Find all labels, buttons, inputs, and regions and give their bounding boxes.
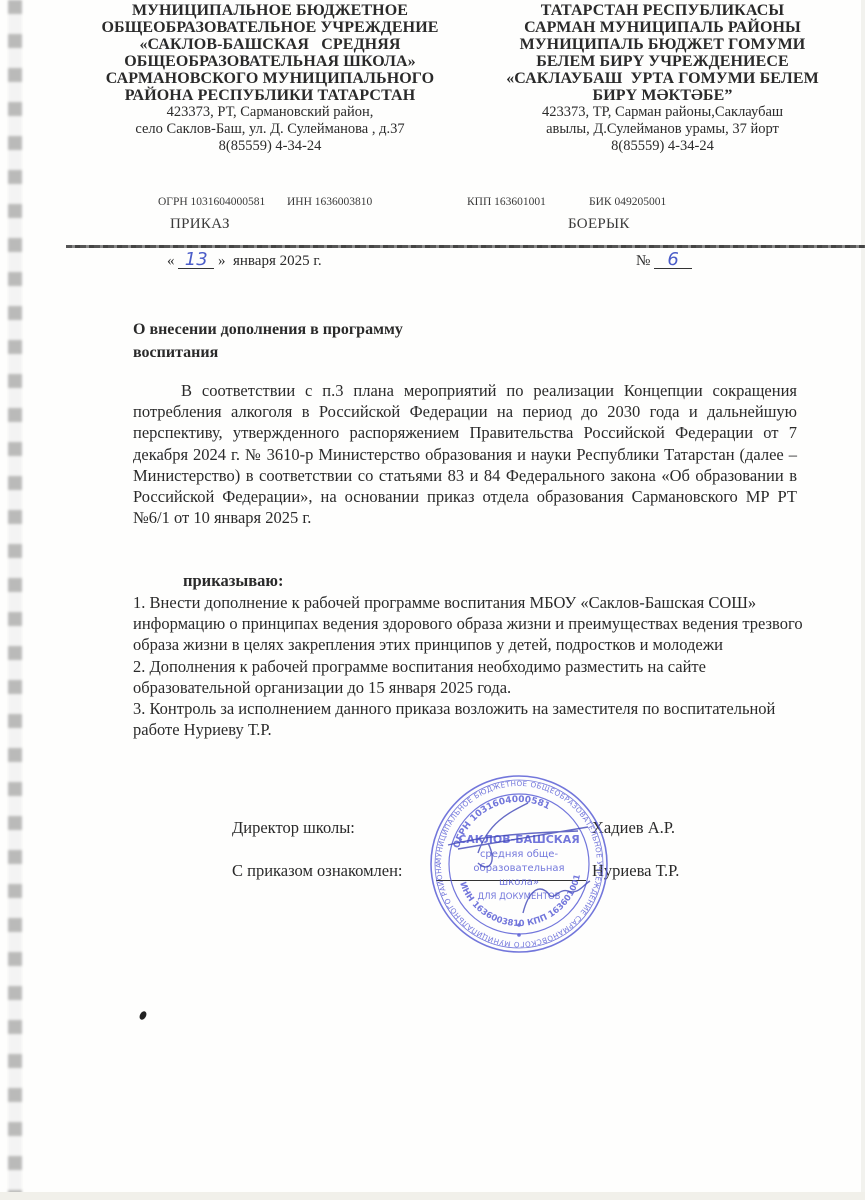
order-items: 1. Внести дополнение к рабочей программе… [133,592,813,740]
header-right-line: «САКЛАУБАШ УРТА ГОМУМИ БЕЛЕМ [460,70,865,87]
page-edge [861,0,865,1200]
header-left-line: САРМАНОВСКОГО МУНИЦИПАЛЬНОГО [60,70,480,87]
header-left-phone: 8(85559) 4-34-24 [60,138,480,155]
order-item-2: 2. Дополнения к рабочей программе воспит… [133,656,813,698]
header-right-phone: 8(85559) 4-34-24 [460,138,865,155]
ogrn: ОГРН 1031604000581 [158,196,265,208]
header-right-address: авылы, Д.Сулейманов урамы, 37 йорт [460,121,865,138]
order-number: № 6 [636,252,692,270]
ink-speck [138,1010,148,1021]
preamble-paragraph: В соответствии с п.3 плана мероприятий п… [133,380,797,528]
header-right-line: БИРҮ МӘКТӘБЕ” [460,87,865,104]
number-handwritten: 6 [654,252,692,269]
title-line: воспитания [133,341,403,364]
header-left-address: 423373, РТ, Сармановский район, [60,104,480,121]
kpp: КПП 163601001 [467,196,546,208]
order-title: О внесении дополнения в программу воспит… [133,318,403,364]
header-right-line: БЕЛЕМ БИРҮ УЧРЕЖДЕНИЕСЕ [460,53,865,70]
header-right-line: ТАТАРСТАН РЕСПУБЛИКАСЫ [460,2,865,19]
date-open-quote: « [167,253,175,269]
header-right-line: САРМАН МУНИЦИПАЛЬ РАЙОНЫ [460,19,865,36]
header-left-line: ОБЩЕОБРАЗОВАТЕЛЬНАЯ ШКОЛА» [60,53,480,70]
header-left-line: ОБЩЕОБРАЗОВАТЕЛЬНОЕ УЧРЕЖДЕНИЕ [60,19,480,36]
doc-type-russian: ПРИКАЗ [170,216,230,233]
acknowledged-label: С приказом ознакомлен: [232,861,403,881]
order-date: « 13 » января 2025 г. [167,252,322,270]
number-label: № [636,253,650,269]
document-page: МУНИЦИПАЛЬНОЕ БЮДЖЕТНОЕ ОБЩЕОБРАЗОВАТЕЛЬ… [0,0,865,1200]
order-word: приказываю: [183,571,283,591]
order-item-3: 3. Контроль за исполнением данного прика… [133,698,813,740]
header-left-line: РАЙОНА РЕСПУБЛИКИ ТАТАРСТАН [60,87,480,104]
header-divider [66,245,865,248]
date-day-handwritten: 13 [178,252,214,269]
header-left-address: село Саклов-Баш, ул. Д. Сулейманова , д.… [60,121,480,138]
title-line: О внесении дополнения в программу [133,318,403,341]
date-rest: » января 2025 г. [218,253,322,269]
header-right-address: 423373, ТР, Сарман районы,Саклаубаш [460,104,865,121]
svg-text:образовательная: образовательная [473,863,564,874]
header-left-line: «САКЛОВ-БАШСКАЯ СРЕДНЯЯ [60,36,480,53]
binding-holes [8,0,22,1200]
svg-text:школа»: школа» [499,877,539,888]
header-right-tatar: ТАТАРСТАН РЕСПУБЛИКАСЫ САРМАН МУНИЦИПАЛЬ… [460,2,865,155]
inn: ИНН 1636003810 [287,196,372,208]
doc-type-tatar: БОЕРЫК [568,216,630,233]
order-item-1: 1. Внести дополнение к рабочей программе… [133,592,813,656]
official-stamp-icon: МУНИЦИПАЛЬНОЕ БЮДЖЕТНОЕ ОБЩЕОБРАЗОВАТЕЛЬ… [428,773,610,955]
page-bottom-edge [0,1192,865,1200]
header-left-russian: МУНИЦИПАЛЬНОЕ БЮДЖЕТНОЕ ОБЩЕОБРАЗОВАТЕЛЬ… [60,2,480,155]
header-right-line: МУНИЦИПАЛЬ БЮДЖЕТ ГОМУМИ [460,36,865,53]
header-left-line: МУНИЦИПАЛЬНОЕ БЮДЖЕТНОЕ [60,2,480,19]
bik: БИК 049205001 [589,196,666,208]
director-label: Директор школы: [232,818,355,838]
